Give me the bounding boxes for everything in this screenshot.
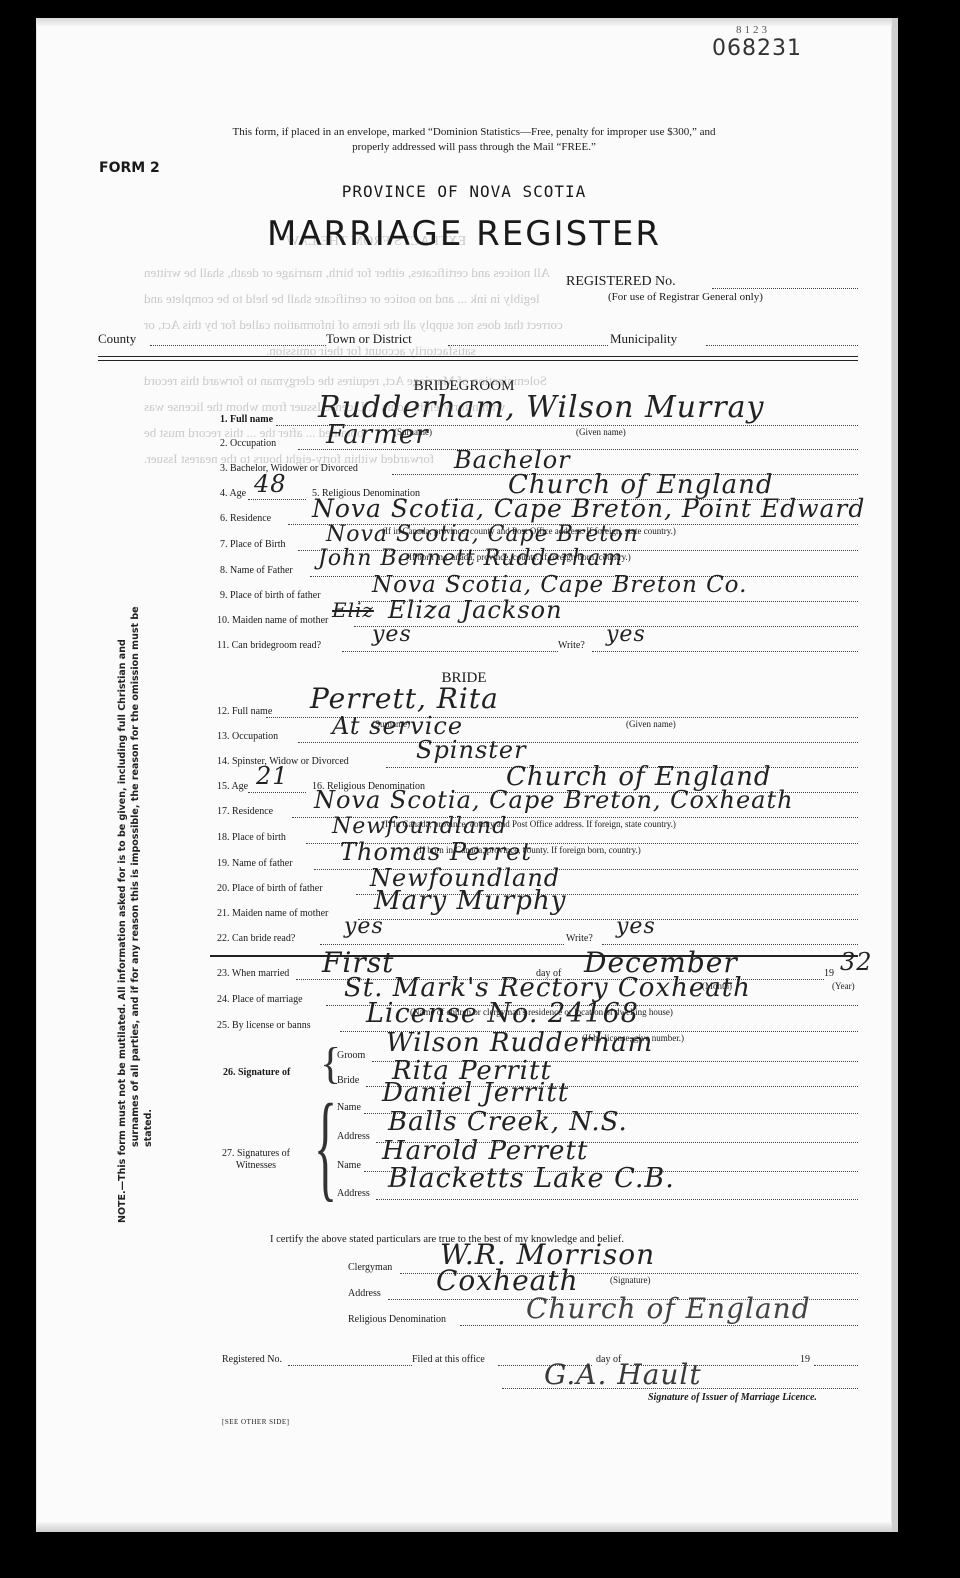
bride-write-value[interactable]: yes — [616, 914, 656, 939]
year-hint: (Year) — [832, 981, 855, 991]
bride-read-value[interactable]: yes — [344, 914, 384, 939]
registered-no-field[interactable] — [712, 288, 858, 289]
stamp-number: 068231 — [712, 36, 802, 61]
header-divider — [98, 356, 858, 361]
witnesses-label-2: Witnesses — [206, 1160, 306, 1171]
groom-fullname-label: 1. Full name — [220, 414, 273, 425]
footer-registered-no-field[interactable] — [288, 1365, 412, 1366]
bleedthrough-line: All notices and certificates, either for… — [144, 265, 550, 281]
side-note-line2: surnames of all parties, and if for any … — [129, 593, 155, 1223]
when-married-label: 23. When married — [217, 968, 289, 979]
dotted-line — [376, 1199, 858, 1200]
bride-birthplace-value[interactable]: Newfoundland — [332, 814, 507, 839]
registered-no-label: REGISTERED No. — [566, 274, 676, 290]
dotted-line — [320, 944, 564, 945]
witness2-address-label: Address — [337, 1188, 370, 1199]
footer-year-prefix: 19 — [800, 1354, 810, 1365]
bride-fullname-label: 12. Full name — [217, 706, 272, 717]
bride-mother-label: 21. Maiden name of mother — [217, 908, 328, 919]
witnesses-label-1: 27. Signatures of — [206, 1148, 306, 1159]
groom-read-value[interactable]: yes — [372, 622, 412, 647]
dotted-line — [592, 651, 858, 652]
place-of-marriage-label: 24. Place of marriage — [217, 994, 303, 1005]
clergyman-denomination[interactable]: Church of England — [526, 1292, 811, 1325]
groom-signature-label: Groom — [337, 1050, 365, 1061]
groom-father-birthplace-value[interactable]: Nova Scotia, Cape Breton Co. — [372, 572, 747, 598]
bride-father-birthplace-label: 20. Place of birth of father — [217, 883, 323, 894]
dotted-line — [358, 919, 858, 920]
side-note: NOTE.—This form must not be mutilated. A… — [116, 593, 155, 1223]
form-label: FORM 2 — [99, 160, 160, 176]
postal-notice-line1: This form, if placed in an envelope, mar… — [96, 126, 852, 138]
bride-divider — [210, 955, 858, 957]
issuer-label: Signature of Issuer of Marriage Licence. — [648, 1392, 817, 1403]
witness1-name[interactable]: Daniel Jerritt — [382, 1078, 569, 1108]
bride-father-label: 19. Name of father — [217, 858, 293, 869]
groom-write-value[interactable]: yes — [606, 622, 646, 647]
bride-signature-label: Bride — [337, 1075, 359, 1086]
groom-residence-label: 6. Residence — [220, 513, 271, 524]
bride-birthplace-label: 18. Place of birth — [217, 832, 286, 843]
town-label: Town or District — [326, 331, 412, 347]
witness2-name-label: Name — [337, 1160, 361, 1171]
witness1-address[interactable]: Balls Creek, N.S. — [388, 1107, 628, 1137]
see-other-side: [SEE OTHER SIDE] — [222, 1418, 290, 1426]
groom-father-value[interactable]: John Bennett Rudderham — [318, 546, 623, 571]
issuer-signature[interactable]: G.A. Hault — [544, 1358, 702, 1391]
bride-status-value[interactable]: Spinster — [416, 736, 527, 764]
registered-no-note: (For use of Registrar General only) — [608, 291, 763, 303]
year-prefix: 19 — [824, 968, 834, 979]
given-name-hint: (Given name) — [576, 427, 626, 437]
groom-residence-value[interactable]: Nova Scotia, Cape Breton, Point Edward — [312, 494, 865, 523]
bleedthrough-line: legibly in ink ... and no notice or cert… — [144, 291, 540, 307]
bride-read-label: 22. Can bride read? — [217, 933, 295, 944]
groom-status-label: 3. Bachelor, Widower or Divorced — [220, 463, 358, 474]
groom-signature[interactable]: Wilson Rudderham — [386, 1028, 653, 1058]
when-married-year[interactable]: 32 — [840, 948, 873, 976]
dotted-line — [248, 499, 306, 500]
witness2-name[interactable]: Harold Perrett — [382, 1136, 588, 1166]
bride-residence-value[interactable]: Nova Scotia, Cape Breton, Coxheath — [314, 786, 794, 814]
witness1-address-label: Address — [337, 1131, 370, 1142]
license-label: 25. By license or banns — [217, 1020, 311, 1031]
municipality-label: Municipality — [610, 331, 677, 347]
footer-year-field[interactable] — [814, 1365, 858, 1366]
bride-write-label: Write? — [566, 933, 593, 944]
groom-father-label: 8. Name of Father — [220, 565, 293, 576]
municipality-field[interactable] — [706, 345, 858, 346]
groom-mother-struck: Eliz — [332, 598, 374, 622]
dotted-line — [460, 1325, 858, 1326]
signature-of-label: 26. Signature of — [223, 1067, 290, 1078]
bride-fullname-value[interactable]: Perrett, Rita — [310, 682, 499, 715]
groom-read-label: 11. Can bridegroom read? — [217, 640, 321, 651]
bride-age-label: 15. Age — [217, 781, 248, 792]
witness-brace: { — [314, 1086, 337, 1206]
denomination-label: Religious Denomination — [348, 1314, 446, 1325]
signature-hint: (Signature) — [610, 1275, 651, 1285]
stamp-overwritten: 8123 — [736, 24, 770, 36]
dotted-line — [342, 651, 558, 652]
groom-age-value[interactable]: 48 — [254, 470, 287, 498]
groom-occupation-value[interactable]: Farmer — [326, 420, 429, 450]
dotted-line — [248, 792, 306, 793]
witness2-address[interactable]: Blacketts Lake C.B. — [388, 1163, 675, 1194]
town-field[interactable] — [448, 345, 608, 346]
filed-label: Filed at this office — [412, 1354, 485, 1365]
bride-residence-label: 17. Residence — [217, 806, 273, 817]
bride-mother-value[interactable]: Mary Murphy — [374, 886, 566, 916]
side-note-line1: NOTE.—This form must not be mutilated. A… — [116, 593, 129, 1223]
dotted-line — [298, 742, 858, 743]
groom-occupation-label: 2. Occupation — [220, 438, 276, 449]
page-title: MARRIAGE REGISTER — [36, 214, 892, 254]
groom-birthplace-value[interactable]: Nova Scotia, Cape Breton — [326, 522, 639, 547]
clergyman-label: Clergyman — [348, 1262, 392, 1273]
footer-registered-no-label: Registered No. — [222, 1354, 282, 1365]
groom-mother-value[interactable]: Eliza Jackson — [388, 596, 563, 624]
clergyman-address-label: Address — [348, 1288, 381, 1299]
groom-father-birthplace-label: 9. Place of birth of father — [220, 590, 321, 601]
witness1-name-label: Name — [337, 1102, 361, 1113]
province-heading: PROVINCE OF NOVA SCOTIA — [36, 182, 892, 201]
groom-write-label: Write? — [558, 640, 585, 651]
groom-mother-label: 10. Maiden name of mother — [217, 615, 328, 626]
dotted-line — [602, 944, 858, 945]
groom-birthplace-label: 7. Place of Birth — [220, 539, 286, 550]
license-value[interactable]: License No. 24168 — [366, 998, 639, 1029]
bride-father-value[interactable]: Thomas Perret — [340, 838, 532, 866]
marriage-register-page: EXTRACTS FROM THE LAW All notices and ce… — [36, 18, 898, 1532]
postal-notice-line2: properly addressed will pass through the… — [96, 141, 852, 153]
county-field[interactable] — [150, 345, 326, 346]
given-name-hint: (Given name) — [626, 719, 676, 729]
groom-age-label: 4. Age — [220, 488, 246, 499]
bride-occupation-label: 13. Occupation — [217, 731, 278, 742]
county-label: County — [98, 331, 136, 347]
page-edge-bottom — [36, 1522, 892, 1532]
bride-age-value[interactable]: 21 — [256, 762, 289, 790]
